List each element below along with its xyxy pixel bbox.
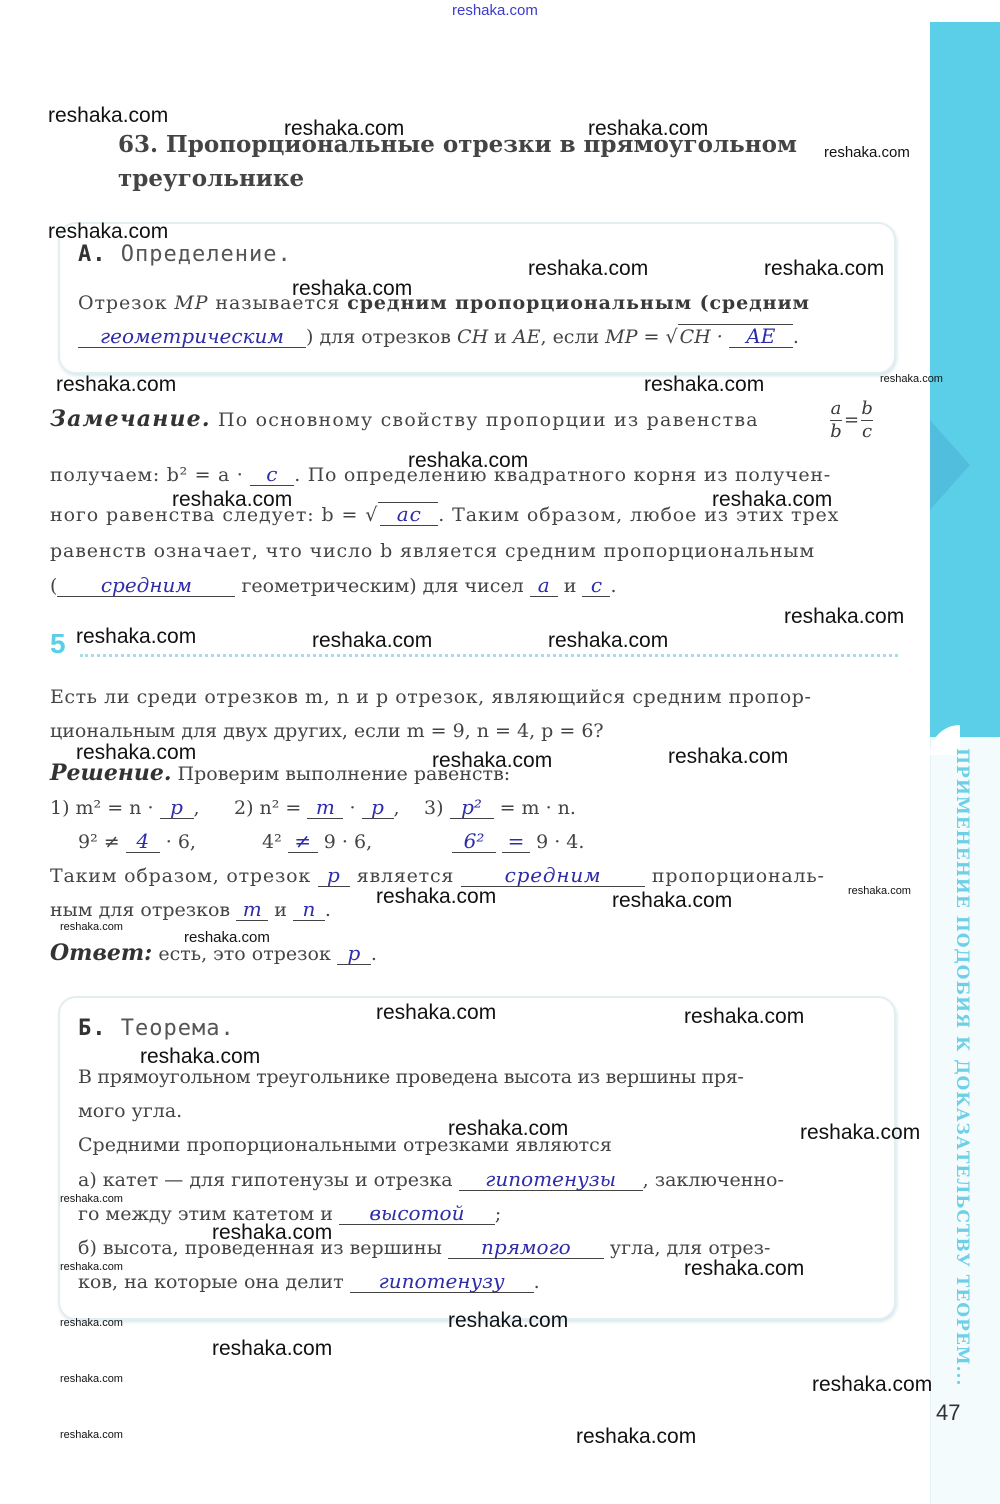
text: . (325, 899, 331, 921)
watermark-text: reshaka.com (212, 1337, 332, 1361)
text: CH · (680, 326, 729, 348)
answer-blank-segment[interactable]: p (318, 864, 350, 887)
text: По основному свойству пропорции из равен… (211, 409, 759, 431)
answer-blank-hypotenuse-2[interactable]: гипотенузу (350, 1270, 534, 1293)
watermark-text: reshaka.com (644, 373, 764, 397)
answer-blank-eq3[interactable]: p² (450, 796, 494, 819)
remark-line-5: (средним геометрическим) для чисел a и c… (50, 574, 617, 597)
section-title-line2: треугольнике (118, 162, 838, 196)
watermark-text: reshaka.com (684, 1005, 804, 1029)
section-title-line1: 63. Пропорциональные отрезки в прямоугол… (118, 128, 838, 162)
watermark-text: reshaka.com (56, 373, 176, 397)
equation-3-top: 3) p² = m · n. (424, 796, 576, 819)
text: . (610, 575, 616, 597)
text: 9 · 6, (318, 831, 372, 853)
sqrt-expression: ac (378, 502, 438, 526)
text: = (637, 326, 665, 348)
answer-blank-eq1-bottom[interactable]: 4 (126, 830, 160, 853)
text: пропорциональ- (645, 865, 825, 887)
conclusion-line-2: ным для отрезков m и n. (50, 898, 331, 921)
text: ков, на которые она делит (78, 1271, 350, 1293)
page-number: 47 (936, 1400, 960, 1426)
answer-blank-eq2-m[interactable]: m (307, 796, 343, 819)
watermark-text: reshaka.com (76, 741, 196, 765)
task-number: 5 (50, 628, 66, 660)
watermark-text: reshaka.com (448, 1117, 568, 1141)
conclusion-line-1: Таким образом, отрезок p является средни… (50, 864, 825, 887)
text: ) для отрезков (306, 326, 457, 348)
watermark-text: reshaka.com (784, 605, 904, 629)
answer-blank-eq3-sign[interactable]: = (502, 830, 530, 853)
equation-2-top: 2) n² = m · p, (234, 796, 400, 819)
watermark-text: reshaka.com (60, 1193, 123, 1205)
bold-term: средним пропорциональным (средним (347, 292, 810, 314)
answer-blank-ae[interactable]: AE (729, 325, 793, 348)
num: b (861, 398, 873, 420)
text: и (268, 899, 293, 921)
watermark-text: reshaka.com (848, 885, 911, 897)
site-label: reshaka.com (452, 2, 538, 19)
watermark-text: reshaka.com (60, 1317, 123, 1329)
theorem-line-2: мого угла. (78, 1100, 182, 1122)
definition-heading-letter: А. (78, 242, 107, 267)
watermark-text: reshaka.com (172, 488, 292, 512)
answer-blank-eq2-p[interactable]: p (362, 796, 394, 819)
definition-line-2: геометрическим) для отрезков CH и AE, ес… (78, 324, 799, 348)
theorem-heading-letter: Б. (78, 1016, 107, 1041)
text: является (350, 865, 461, 887)
text: ; (495, 1203, 501, 1225)
definition-heading-text: Определение. (121, 242, 292, 267)
theorem-item-a-line-1: а) катет — для гипотенузы и отрезка гипо… (78, 1168, 784, 1191)
task-divider (80, 654, 898, 657)
answer-label: Ответ: (50, 940, 152, 966)
watermark-text: reshaka.com (824, 144, 910, 161)
watermark-text: reshaka.com (712, 488, 832, 512)
text: и (488, 326, 513, 348)
var-mp: MP (174, 292, 208, 314)
text: 4² (262, 831, 288, 853)
watermark-text: reshaka.com (668, 745, 788, 769)
answer-blank-eq1[interactable]: p (160, 796, 194, 819)
answer-blank-a[interactable]: a (530, 574, 558, 597)
watermark-text: reshaka.com (576, 1425, 696, 1449)
watermark-text: reshaka.com (880, 373, 943, 385)
watermark-text: reshaka.com (312, 629, 432, 653)
answer-blank-srednim[interactable]: средним (57, 574, 235, 597)
definition-heading: А. Определение. (78, 242, 292, 267)
answer-blank-final[interactable]: p (337, 942, 371, 965)
equation-1-bottom: 9² ≠ 4 · 6, (78, 830, 196, 853)
text: есть, это отрезок (152, 943, 337, 965)
theorem-item-b-line-2: ков, на которые она делит гипотенузу. (78, 1270, 540, 1293)
answer-blank-c[interactable]: c (250, 463, 294, 486)
watermark-text: reshaka.com (764, 257, 884, 281)
watermark-text: reshaka.com (684, 1257, 804, 1281)
definition-line-1: Отрезок MP называется средним пропорцион… (78, 292, 810, 314)
text: 3) (424, 797, 450, 819)
answer-blank-c2[interactable]: c (582, 574, 610, 597)
den: b (830, 421, 842, 443)
var-ae: AE (513, 326, 541, 348)
text: 9 · 4. (530, 831, 584, 853)
var-mp: MP (605, 326, 637, 348)
watermark-text: reshaka.com (528, 257, 648, 281)
theorem-item-b-line-1: б) высота, проведенная из вершины прямог… (78, 1236, 770, 1259)
watermark-text: reshaka.com (140, 1045, 260, 1069)
theorem-heading: Б. Теорема. (78, 1016, 235, 1041)
text: геометрическим) для чисел (235, 575, 529, 597)
answer-blank-geometric[interactable]: геометрическим (78, 325, 306, 348)
watermark-text: reshaka.com (376, 1001, 496, 1025)
text: ( (50, 575, 57, 597)
watermark-text: reshaka.com (284, 117, 404, 141)
text: . По определению квадратного корня из по… (294, 464, 831, 486)
watermark-text: reshaka.com (60, 1261, 123, 1273)
text: а) катет — для гипотенузы и отрезка (78, 1169, 459, 1191)
answer-blank-eq3-bottom[interactable]: 6² (452, 830, 496, 853)
answer-blank-right-angle[interactable]: прямого (448, 1236, 604, 1259)
text: . (793, 326, 799, 348)
answer-blank-n[interactable]: n (293, 898, 325, 921)
watermark-text: reshaka.com (812, 1373, 932, 1397)
watermark-text: reshaka.com (800, 1121, 920, 1145)
watermark-text: reshaka.com (292, 277, 412, 301)
task-text-line-2: циональным для двух других, если m = 9, … (50, 720, 604, 742)
proportion-fraction: ab=bc (828, 398, 875, 443)
text: = m · n. (494, 797, 576, 819)
equation-3-bottom: 6² = 9 · 4. (452, 830, 584, 853)
text: угла, для отрез- (604, 1237, 771, 1259)
remark-label: Замечание. (50, 406, 211, 432)
answer-blank-eq2-bottom[interactable]: ≠ (288, 830, 318, 853)
watermark-text: reshaka.com (408, 449, 528, 473)
text: · (343, 797, 361, 819)
chapter-side-title: ПРИМЕНЕНИЕ ПОДОБИЯ К ДОКАЗАТЕЛЬСТВУ ТЕОР… (942, 748, 972, 1388)
watermark-text: reshaka.com (432, 749, 552, 773)
watermark-text: reshaka.com (60, 921, 123, 933)
text: , (394, 797, 400, 819)
watermark-text: reshaka.com (448, 1309, 568, 1333)
fraction-a-b: ab (830, 398, 842, 443)
watermark-text: reshaka.com (48, 220, 168, 244)
text: · 6, (160, 831, 196, 853)
watermark-text: reshaka.com (60, 1429, 123, 1441)
answer-blank-height[interactable]: высотой (339, 1202, 495, 1225)
watermark-text: reshaka.com (60, 1373, 123, 1385)
var-ch: CH (457, 326, 488, 348)
num: a (830, 398, 842, 420)
text: 9² ≠ (78, 831, 126, 853)
watermark-text: reshaka.com (376, 885, 496, 909)
section-title: 63. Пропорциональные отрезки в прямоугол… (118, 128, 838, 196)
answer-blank-hypotenuse[interactable]: гипотенузы (459, 1168, 643, 1191)
watermark-text: reshaka.com (212, 1221, 332, 1245)
watermark-text: reshaka.com (612, 889, 732, 913)
remark-line-1: Замечание. По основному свойству пропорц… (50, 406, 759, 432)
equation-2-bottom: 4² ≠ 9 · 6, (262, 830, 372, 853)
answer-blank-srednim-2[interactable]: средним (461, 864, 645, 887)
equation-1-top: 1) m² = n · p, (50, 796, 200, 819)
den: c (861, 421, 873, 443)
text: . (371, 943, 377, 965)
watermark-text: reshaka.com (48, 104, 168, 128)
watermark-text: reshaka.com (76, 625, 196, 649)
watermark-text: reshaka.com (548, 629, 668, 653)
text: Таким образом, отрезок (50, 865, 318, 887)
sqrt-expression: CH · AE (678, 324, 793, 348)
watermark-text: reshaka.com (184, 929, 270, 946)
text: , заключенно- (643, 1169, 784, 1191)
task-text-line-1: Есть ли среди отрезков m, n и p отрезок,… (50, 686, 811, 708)
text: Отрезок (78, 292, 174, 314)
side-strip-arrow-icon (930, 420, 970, 510)
text: 1) m² = n · (50, 797, 160, 819)
text: , если (540, 326, 605, 348)
text: ным для отрезков (50, 899, 236, 921)
remark-line-4: равенств означает, что число b является … (50, 540, 815, 562)
answer-blank-m[interactable]: m (236, 898, 268, 921)
theorem-heading-text: Теорема. (121, 1016, 235, 1041)
theorem-line-1: В прямоугольном треугольнике проведена в… (78, 1066, 744, 1088)
text: . (534, 1271, 540, 1293)
text: и (558, 575, 583, 597)
text: 2) n² = (234, 797, 307, 819)
watermark-text: reshaka.com (588, 117, 708, 141)
fraction-b-c: bc (861, 398, 873, 443)
text: получаем: b² = a · (50, 464, 250, 486)
answer-blank-ac[interactable]: ac (380, 503, 438, 526)
text: , (194, 797, 200, 819)
